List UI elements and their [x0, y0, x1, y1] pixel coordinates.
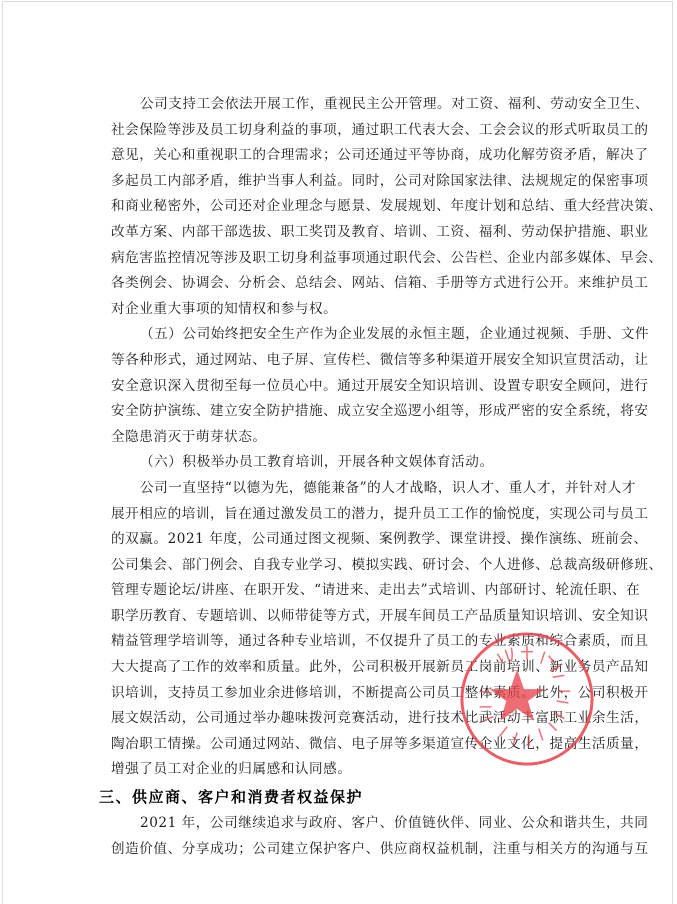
- text-line: 各类例会、协调会、分析会、总结会、网站、信箱、手册等方式进行公开。来维护员工: [111, 271, 601, 297]
- text-line: 等各种形式，通过网站、电子屏、宣传栏、微信等多种渠道开展安全知识宣贯活动，让: [111, 348, 601, 374]
- text-line: 大大提高了工作的效率和质量。此外，公司积极开展新员工岗前培训、新业务员产品知: [111, 655, 601, 681]
- text-line: 病危害监控情况等涉及职工切身利益事项通过职代会、公告栏、企业内部多媒体、早会、: [111, 246, 601, 272]
- text-line: 公司支持工会依法开展工作，重视民主公开管理。对工资、福利、劳动安全卫生、: [111, 92, 601, 118]
- document-body: 公司支持工会依法开展工作，重视民主公开管理。对工资、福利、劳动安全卫生、 社会保…: [111, 92, 601, 862]
- document-page: 公司支持工会依法开展工作，重视民主公开管理。对工资、福利、劳动安全卫生、 社会保…: [2, 1, 673, 904]
- text-line: 展文娱活动，公司通过举办趣味拨河竞赛活动，进行技术比武活动丰富职工业余生活，: [111, 706, 601, 732]
- paragraph-talent-training: 公司一直坚持“以德为先，德能兼备”的人才战略，识人才、重人才，并针对人才 展开相…: [111, 476, 601, 783]
- paragraph-stakeholder-rights: 2021 年，公司继续追求与政府、客户、价值链伙伴、同业、公众和谐共生，共同 创…: [111, 811, 601, 862]
- text-line: 管理专题论坛/讲座、在职开发、“请进来、走出去”式培训、内部研讨、轮流任职、在: [111, 578, 601, 604]
- text-line: 全隐患消灭于萌芽状态。: [111, 425, 601, 451]
- text-line: 公司一直坚持“以德为先，德能兼备”的人才战略，识人才、重人才，并针对人才: [111, 476, 601, 502]
- text-line: 对企业重大事项的知情权和参与权。: [111, 297, 601, 323]
- text-line: 增强了员工对企业的归属感和认同感。: [111, 757, 601, 783]
- text-line: 创造价值、分享成功；公司建立保护客户、供应商权益机制，注重与相关方的沟通与互: [111, 837, 601, 863]
- paragraph-safety-production: （五）公司始终把安全生产作为企业发展的永恒主题，企业通过视频、手册、文件 等各种…: [111, 322, 601, 450]
- text-line: 展开相应的培训，旨在通过激发员工的潜力，提升员工工作的愉悦度，实现公司与员工: [111, 502, 601, 528]
- text-line: （六）积极举办员工教育培训，开展各种文娱体育活动。: [111, 450, 601, 476]
- text-line: 和商业秘密外，公司还对企业理念与愿景、发展规划、年度计划和总结、重大经营决策、: [111, 194, 601, 220]
- text-line: 意见，关心和重视职工的合理需求；公司还通过平等协商，成功化解劳资矛盾，解决了: [111, 143, 601, 169]
- text-line: 的双赢。2021 年度，公司通过图文视频、案例教学、课堂讲授、操作演练、班前会、: [111, 527, 601, 553]
- text-line: 识培训，支持员工参加业余进修培训，不断提高公司员工整体素质。此外，公司积极开: [111, 681, 601, 707]
- text-line: 改革方案、内部干部选拔、职工奖罚及教育、培训、工资、福利、劳动保护措施、职业: [111, 220, 601, 246]
- text-line: 公司集会、部门例会、自我专业学习、模拟实践、研讨会、个人进修、总裁高级研修班、: [111, 553, 601, 579]
- text-line: 安全防护演练、建立安全防护措施、成立安全巡逻小组等，形成严密的安全系统，将安: [111, 399, 601, 425]
- text-line: （五）公司始终把安全生产作为企业发展的永恒主题，企业通过视频、手册、文件: [111, 322, 601, 348]
- paragraph-training-heading: （六）积极举办员工教育培训，开展各种文娱体育活动。: [111, 450, 601, 476]
- text-line: 陶冶职工情操。公司通过网站、微信、电子屏等多渠道宣传企业文化，提高生活质量，: [111, 732, 601, 758]
- text-line: 安全意识深入贯彻至每一位员心中。通过开展安全知识培训、设置专职安全顾问，进行: [111, 374, 601, 400]
- section-heading: 三、供应商、客户和消费者权益保护: [99, 783, 601, 811]
- text-line: 精益管理学培训等，通过各种专业培训，不仅提升了员工的专业素质和综合素质，而且: [111, 629, 601, 655]
- text-line: 2021 年，公司继续追求与政府、客户、价值链伙伴、同业、公众和谐共生，共同: [111, 811, 601, 837]
- paragraph-union-democratic-management: 公司支持工会依法开展工作，重视民主公开管理。对工资、福利、劳动安全卫生、 社会保…: [111, 92, 601, 322]
- text-line: 社会保险等涉及员工切身利益的事项，通过职工代表大会、工会会议的形式听取员工的: [111, 118, 601, 144]
- text-line: 多起员工内部矛盾，维护当事人利益。同时，公司对除国家法律、法规规定的保密事项: [111, 169, 601, 195]
- text-line: 职学历教育、专题培训、以师带徒等方式，开展车间员工产品质量知识培训、安全知识: [111, 604, 601, 630]
